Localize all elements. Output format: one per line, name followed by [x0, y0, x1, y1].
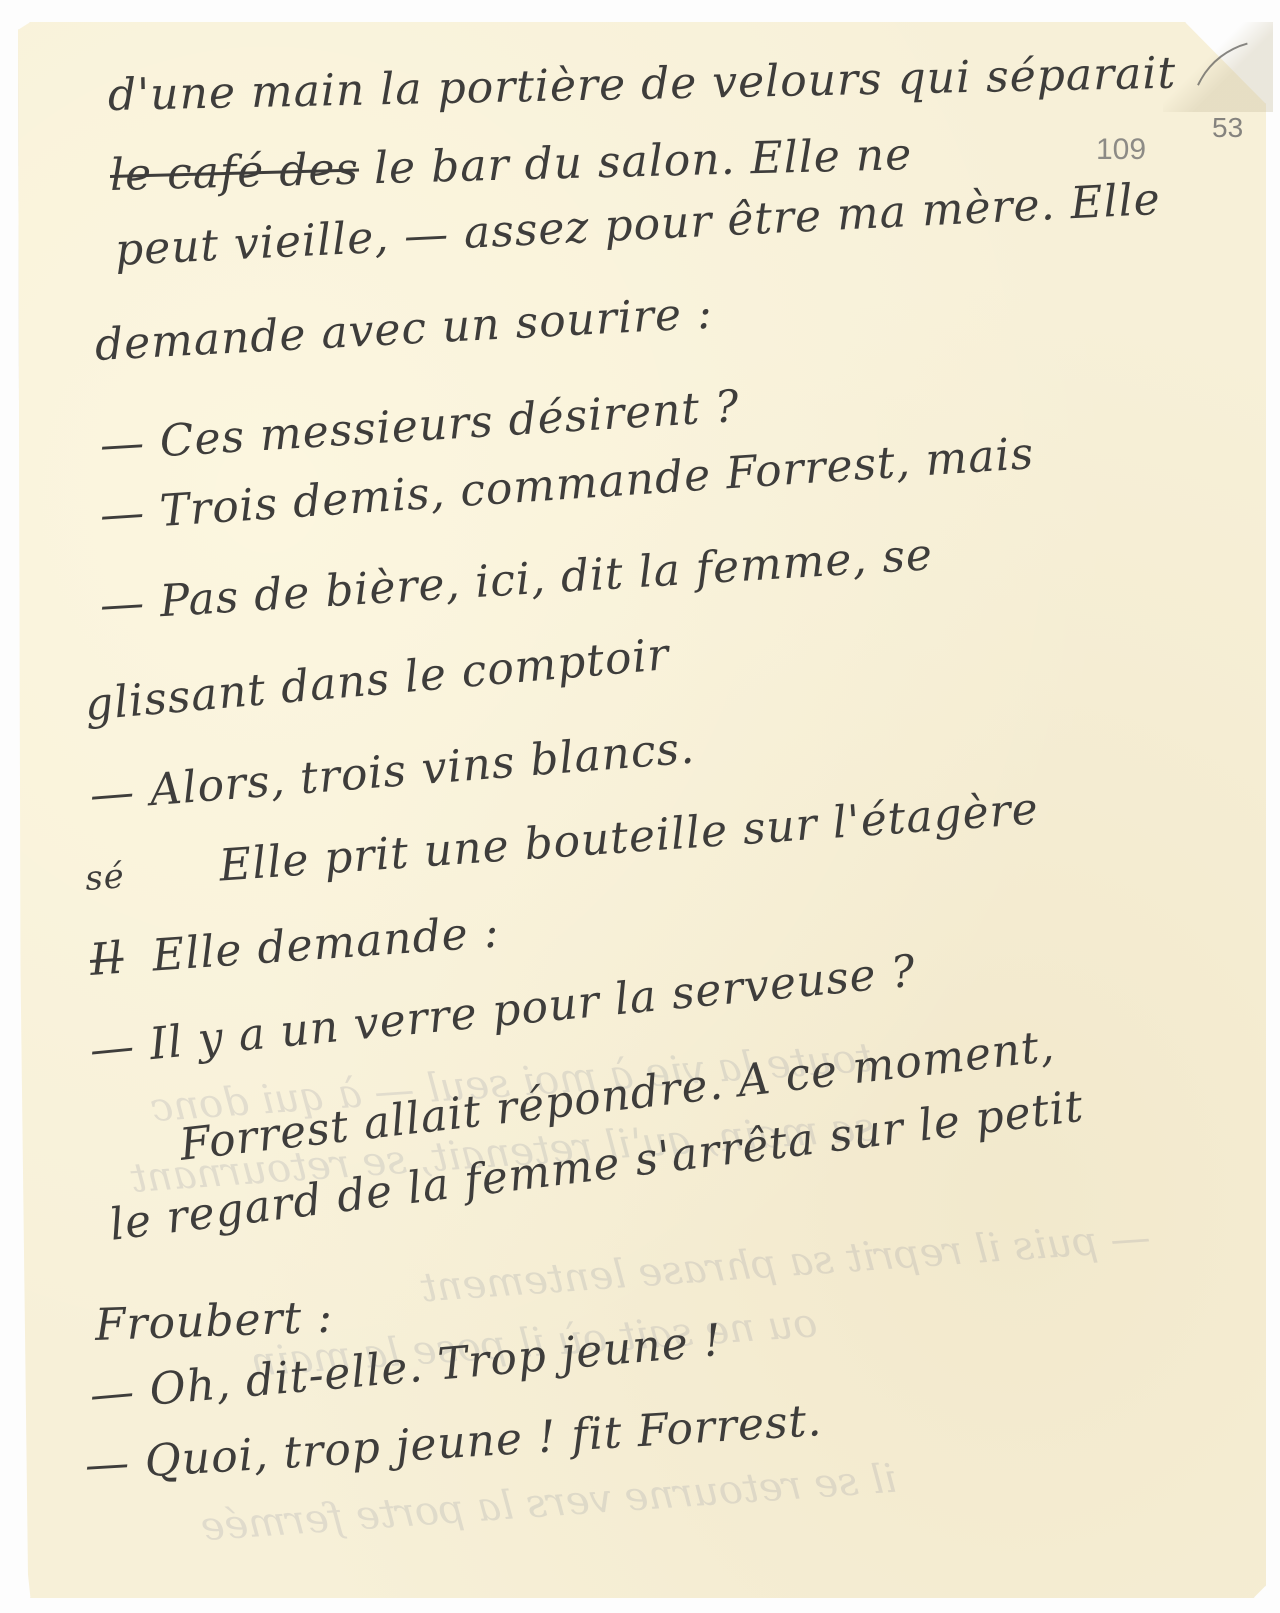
- pencil-page-number: 109: [1096, 133, 1146, 167]
- struck-out-text: le café des: [109, 143, 359, 201]
- margin-note: sé: [84, 856, 126, 899]
- folio-number: 53: [1212, 112, 1243, 144]
- struck-out-text: Il: [88, 933, 125, 986]
- manuscript-line-15: Froubert :: [94, 1292, 334, 1351]
